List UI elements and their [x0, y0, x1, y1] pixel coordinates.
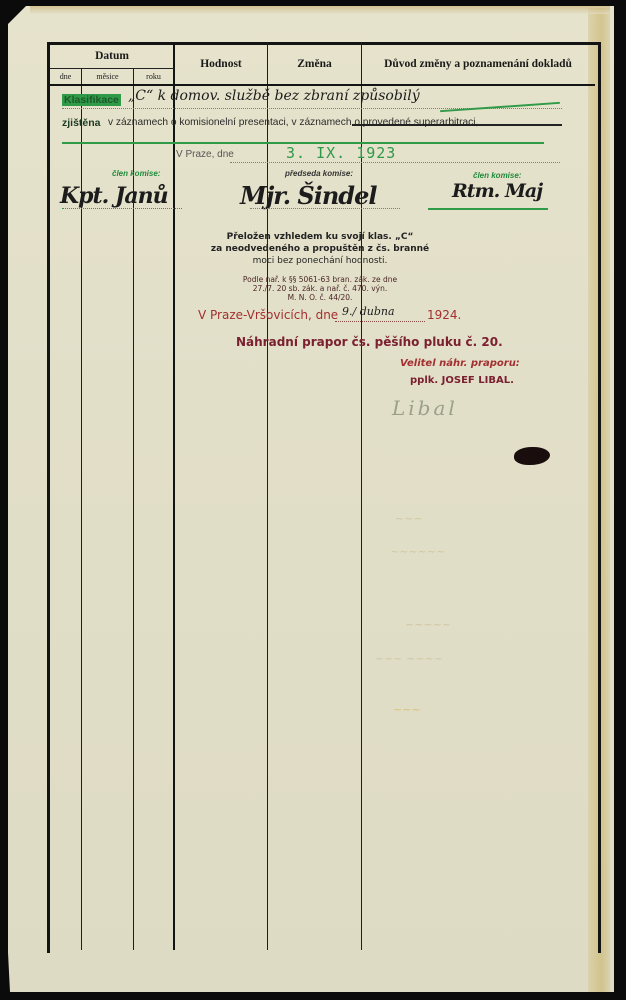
klasifikace-value: „C“ k domov. službě bez zbraní způsobilý: [128, 88, 420, 104]
bleed-through-text-4: ~~~ ~~~~: [375, 652, 443, 665]
signature-left: Kpt. Janů: [60, 183, 168, 209]
commander-title: Velitel náhr. praporu:: [400, 358, 520, 369]
legal-line-1: Podle nař. k §§ 5061-63 bran. zák. ze dn…: [200, 275, 440, 284]
zjistena-text: v záznamech o komisionelní presentaci, v…: [108, 117, 478, 128]
label-predseda-komise: předseda komise:: [285, 169, 353, 178]
bleed-through-text-2: ~~~~~~: [390, 545, 445, 558]
unit-stamp: Náhradní prapor čs. pěšího pluku č. 20.: [236, 335, 503, 349]
decision-line-1: Přeložen vzhledem ku svojí klas. „C“: [200, 231, 440, 243]
place-date-label: V Praze, dne: [176, 149, 234, 160]
col-divider-hodnost: [267, 42, 268, 950]
dotted-line-vrsovice: [335, 321, 425, 322]
klasifikace-label: Klasifikace: [62, 94, 121, 106]
header-zmena: Změna: [268, 58, 361, 70]
handwritten-day-month: 9./ dubna: [342, 305, 395, 318]
decision-line-2: za neodvedeného a propuštěn z čs. branné: [200, 243, 440, 255]
legal-line-3: M. N. O. č. 44/20.: [200, 293, 440, 302]
bleed-through-text-1: ~~~: [395, 512, 423, 525]
header-duvod: Důvod změny a poznamenání dokladů: [362, 58, 594, 70]
paper-edge-top: [30, 6, 610, 14]
header-roku: roku: [134, 72, 173, 81]
zjistena-label: zjištěna: [62, 117, 101, 129]
datum-subheader-line: [50, 68, 174, 69]
year-1924: 1924.: [427, 308, 461, 322]
col-divider-roku: [173, 42, 175, 950]
col-divider-zmena: [361, 42, 362, 950]
commander-name: pplk. JOSEF LIBAL.: [410, 375, 514, 386]
label-clen-komise-left: člen komise:: [112, 169, 160, 178]
strikethrough-superarbitrace: [352, 124, 562, 126]
decision-line-3: moci bez ponechání hodnosti.: [200, 255, 440, 267]
sig-line-right: [428, 208, 548, 210]
sig-line-left: [62, 208, 182, 209]
header-hodnost: Hodnost: [175, 58, 267, 70]
legal-line-2: 27./7. 20 sb. zák. a nař. č. 470. výn.: [200, 284, 440, 293]
bleed-through-text-3: ~~~~~: [405, 618, 451, 631]
date-stamp: 3. IX. 1923: [286, 144, 396, 162]
commander-signature: Libal: [392, 396, 458, 420]
header-dne: dne: [50, 72, 81, 81]
bleed-through-text-5: ~~~: [393, 703, 421, 716]
label-clen-komise-right: člen komise:: [473, 171, 521, 180]
signature-center: Mjr. Šindel: [240, 181, 376, 210]
header-mesice: měsice: [82, 72, 133, 81]
place-vrsovice: V Praze-Vršovicích, dne: [198, 308, 338, 322]
dotted-line-date: [230, 162, 560, 163]
header-bottom-line: [50, 84, 595, 86]
signature-right: Rtm. Maj: [452, 180, 542, 202]
sig-line-center: [250, 208, 400, 209]
header-datum: Datum: [50, 50, 174, 62]
